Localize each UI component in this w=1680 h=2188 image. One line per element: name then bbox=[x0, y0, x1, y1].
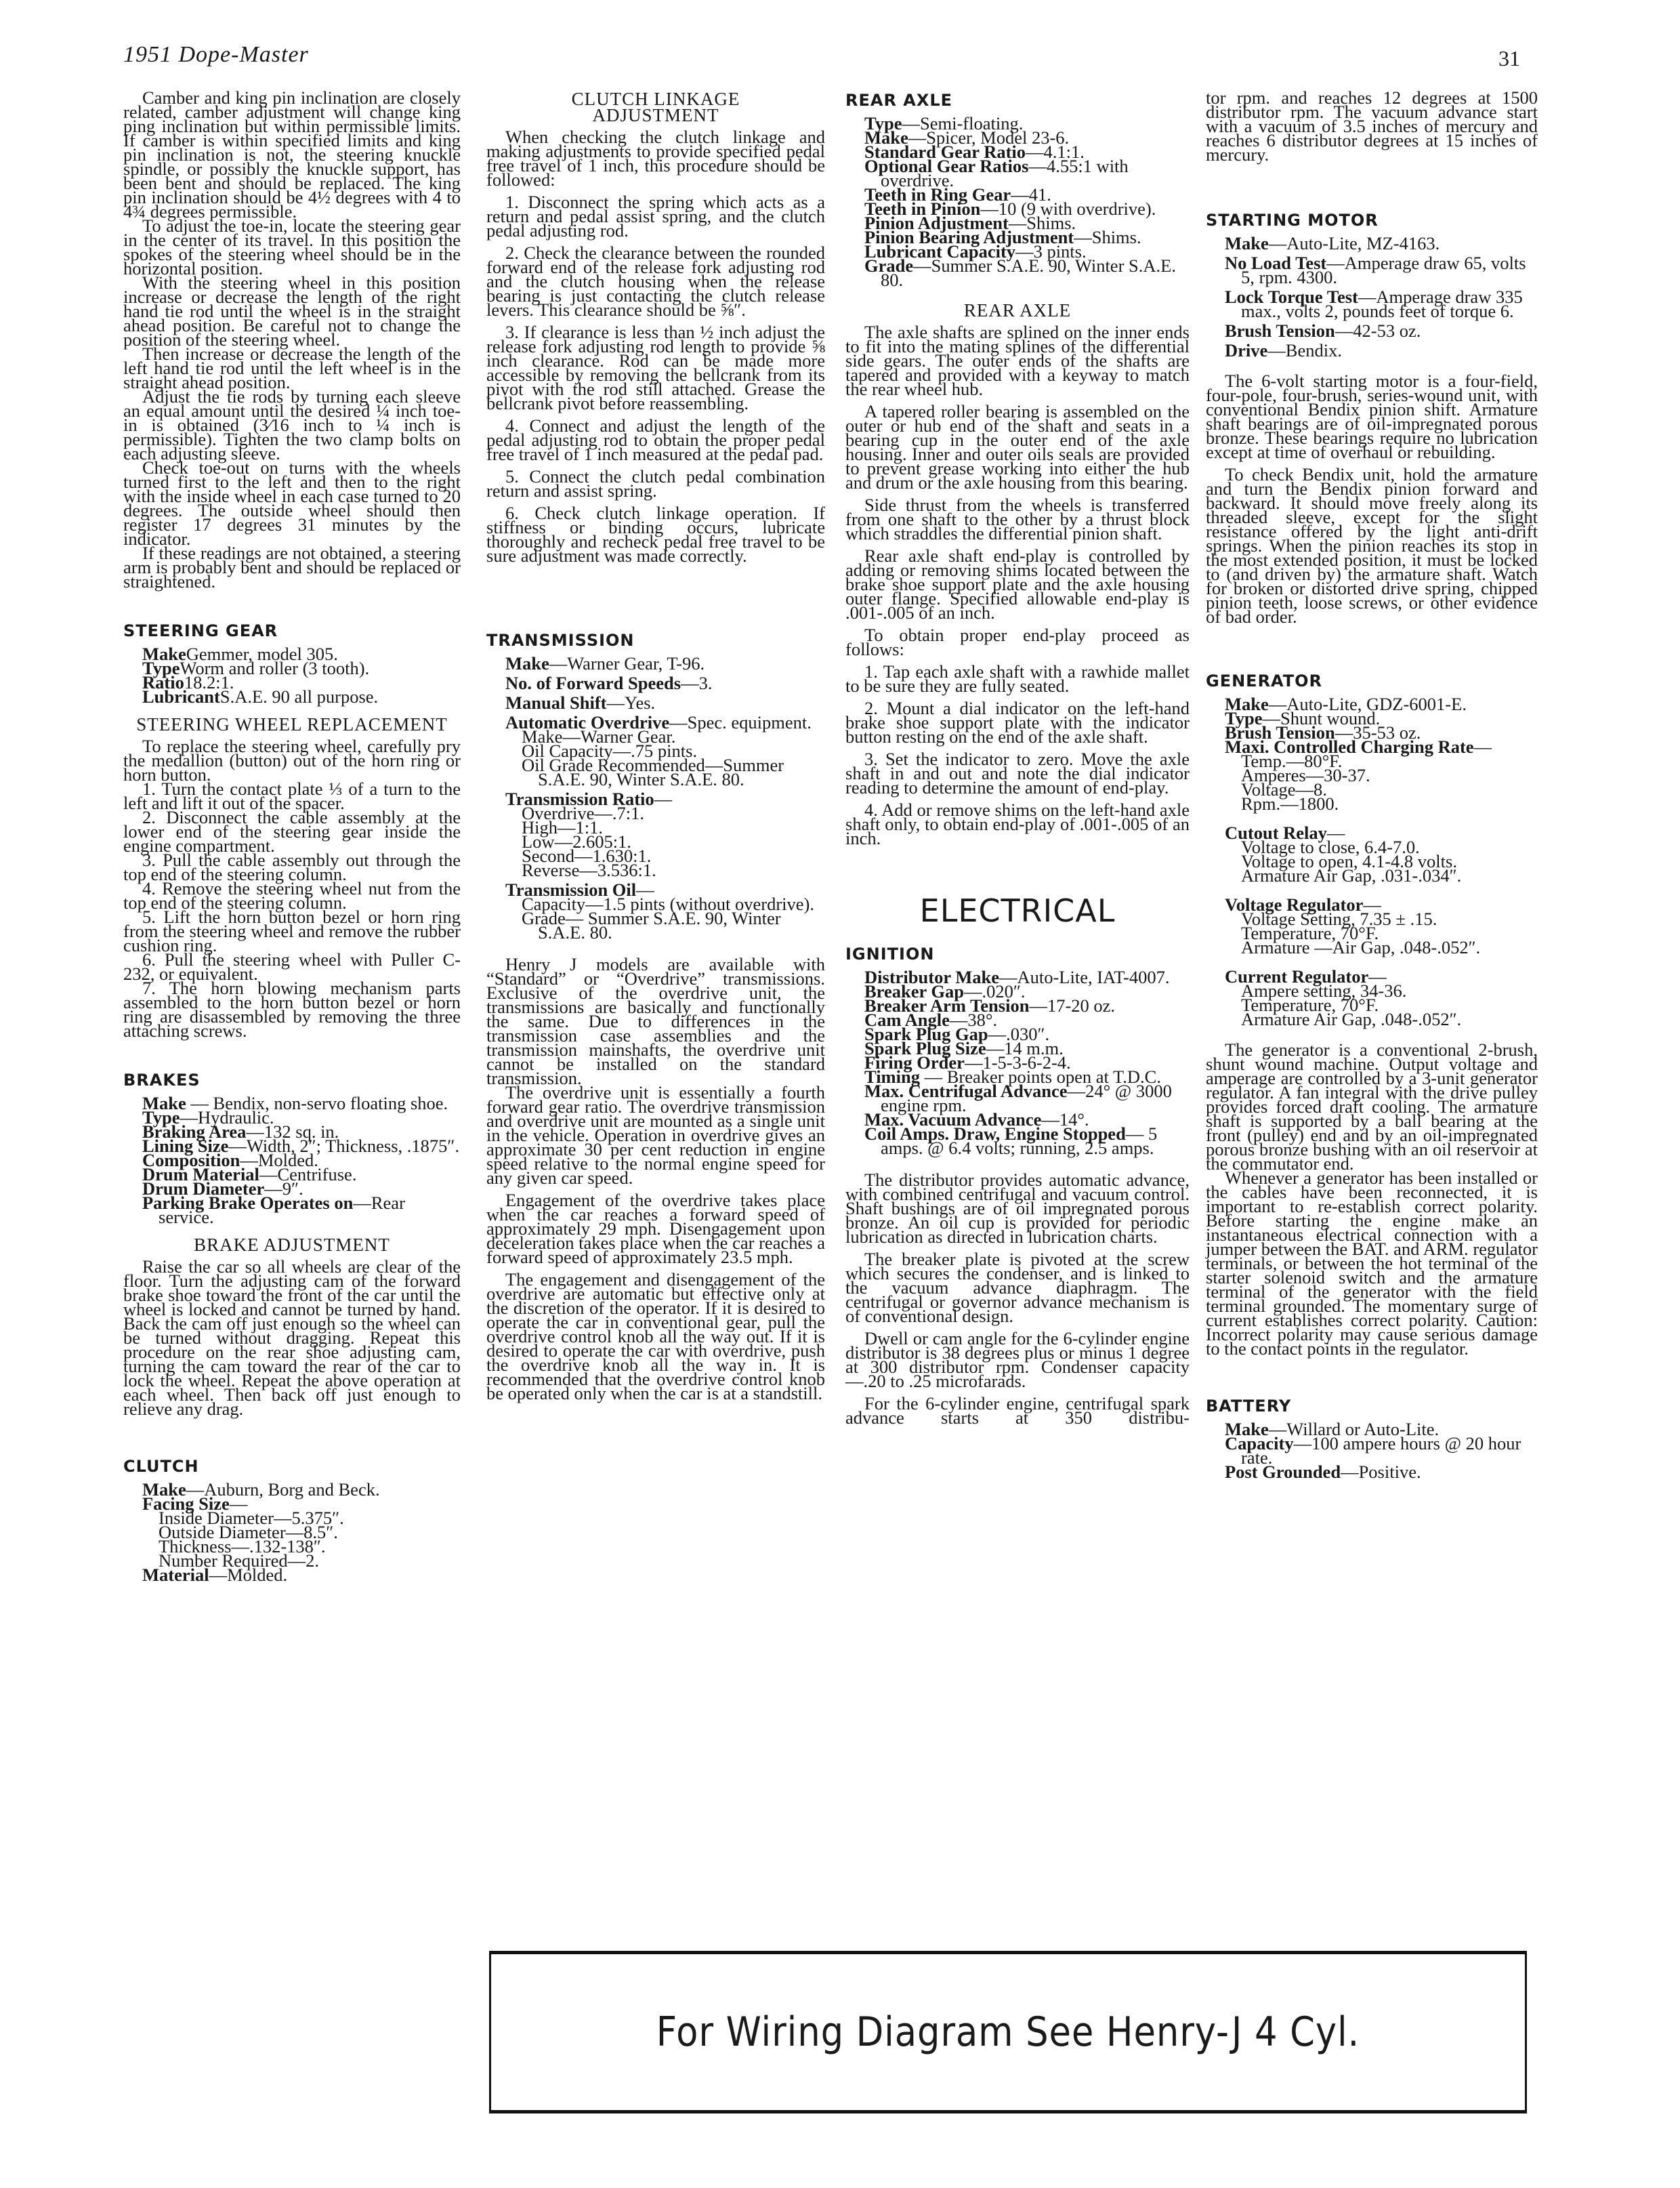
section-heading-ignition: IGNITION bbox=[845, 945, 1190, 964]
paragraph: The generator is a conventional 2-brush,… bbox=[1206, 1043, 1538, 1171]
column-2: CLUTCH LINKAGE ADJUSTMENT When checking … bbox=[486, 91, 825, 1401]
subheading-rear-axle: REAR AXLE bbox=[845, 302, 1190, 318]
spec-value: —Positive. bbox=[1341, 1462, 1421, 1482]
step-3: 3. Pull the cable assembly out through t… bbox=[123, 853, 461, 882]
paragraph: For the 6-cylinder engine, centrifugal s… bbox=[845, 1397, 1190, 1425]
step-1: 1. Turn the contact plate ⅓ of a turn to… bbox=[123, 782, 461, 810]
spec-key: Manual Shift bbox=[505, 693, 606, 713]
running-header-title: 1951 Dope-Master bbox=[123, 42, 309, 68]
brakes-specs: Make — Bendix, non-servo floating shoe.T… bbox=[123, 1096, 461, 1224]
step-4: 4. Connect and adjust the length of the … bbox=[486, 419, 825, 461]
step-1: 1. Disconnect the spring which acts as a… bbox=[486, 195, 825, 238]
section-heading-transmission: TRANSMISSION bbox=[486, 631, 825, 650]
transmission-specs: Make—Warner Gear, T-96.No. of Forward Sp… bbox=[486, 657, 825, 940]
spec-value: Oil Grade Recommended—Summer S.A.E. 90, … bbox=[522, 755, 784, 789]
spec-line: Post Grounded—Positive. bbox=[1206, 1465, 1538, 1479]
paragraph: To check Bendix unit, hold the armature … bbox=[1206, 468, 1538, 624]
paragraph: Side thrust from the wheels is transferr… bbox=[845, 498, 1190, 541]
spec-value: —Auto-Lite, MZ-4163. bbox=[1269, 233, 1440, 253]
ignition-specs: Distributor Make—Auto-Lite, IAT-4007.Bre… bbox=[845, 970, 1190, 1155]
spec-key: Post Grounded bbox=[1225, 1462, 1341, 1482]
spec-line: Make—Auto-Lite, MZ-4163. bbox=[1206, 236, 1538, 251]
spec-key: Make bbox=[1225, 233, 1269, 253]
step-2: 2. Disconnect the cable assembly at the … bbox=[123, 810, 461, 853]
column-3: REAR AXLE Type—Semi-floating.Make—Spicer… bbox=[845, 91, 1190, 1425]
section-heading-generator: GENERATOR bbox=[1206, 672, 1538, 690]
paragraph: To adjust the toe-in, locate the steerin… bbox=[123, 219, 461, 276]
starting-motor-text: The 6-volt starting motor is a four-fiel… bbox=[1206, 374, 1538, 624]
spec-line: Brush Tension—42-53 oz. bbox=[1206, 324, 1538, 338]
spec-line: Make—Warner Gear, T-96. bbox=[486, 657, 825, 671]
paragraph: The distributor provides automatic advan… bbox=[845, 1173, 1190, 1244]
paragraph: The axle shafts are splined on the inner… bbox=[845, 325, 1190, 396]
paragraph: Henry J models are available with “Stand… bbox=[486, 957, 825, 1086]
spec-line: No. of Forward Speeds—3. bbox=[486, 676, 825, 690]
spec-key: Make bbox=[505, 653, 549, 674]
spec-line: Rpm.—1800. bbox=[1206, 797, 1538, 811]
steering-wheel-steps: To replace the steering wheel, carefully… bbox=[123, 739, 461, 1038]
paragraph: To replace the steering wheel, carefully… bbox=[123, 739, 461, 782]
spec-line: Optional Gear Ratios—4.55:1 with overdri… bbox=[845, 159, 1190, 188]
spec-line: Drive—Bendix. bbox=[1206, 344, 1538, 358]
clutch-linkage-steps: When checking the clutch linkage and mak… bbox=[486, 130, 825, 563]
paragraph: If these readings are not obtained, a st… bbox=[123, 546, 461, 589]
paragraph: A tapered roller bearing is assembled on… bbox=[845, 405, 1190, 490]
wiring-diagram-notice: For Wiring Diagram See Henry-J 4 Cyl. bbox=[656, 2008, 1360, 2056]
spec-key: Brush Tension bbox=[1225, 321, 1335, 341]
step-3: 3. Set the indicator to zero. Move the a… bbox=[845, 752, 1190, 795]
column-4: tor rpm. and reaches 12 degrees at 1500 … bbox=[1206, 91, 1538, 1479]
steering-gear-specs: MakeGemmer, model 305.TypeWorm and rolle… bbox=[123, 647, 461, 704]
major-section-heading-electrical: ELECTRICAL bbox=[845, 893, 1190, 928]
spec-value: —3. bbox=[681, 673, 712, 693]
spec-line: Grade—Summer S.A.E. 90, Winter S.A.E. 80… bbox=[845, 259, 1190, 287]
paragraph: Adjust the tie rods by turning each slee… bbox=[123, 390, 461, 461]
paragraph: Camber and king pin inclination are clos… bbox=[123, 91, 461, 219]
step-1: 1. Tap each axle shaft with a rawhide ma… bbox=[845, 665, 1190, 693]
spec-value: Reverse—3.536:1. bbox=[522, 860, 656, 880]
spec-key: Drive bbox=[1225, 340, 1267, 360]
paragraph: Engagement of the overdrive takes place … bbox=[486, 1193, 825, 1264]
spec-value: Armature —Air Gap, .048-.052″. bbox=[1241, 937, 1480, 957]
spec-key: No. of Forward Speeds bbox=[505, 673, 681, 693]
section-heading-brakes: BRAKES bbox=[123, 1071, 461, 1090]
step-4: 4. Add or remove shims on the left-hand … bbox=[845, 803, 1190, 846]
spec-line: Capacity—100 ampere hours @ 20 hour rate… bbox=[1206, 1437, 1538, 1465]
spec-line: No Load Test—Amperage draw 65, volts 5, … bbox=[1206, 256, 1538, 285]
brake-adjustment-paragraph: Raise the car so all wheels are clear of… bbox=[123, 1260, 461, 1416]
step-5: 5. Connect the clutch pedal combination … bbox=[486, 470, 825, 498]
ignition-text: The distributor provides automatic advan… bbox=[845, 1173, 1190, 1425]
spec-value: Grade— Summer S.A.E. 90, Winter S.A.E. 8… bbox=[522, 908, 781, 943]
paragraph: Rear axle shaft end-play is controlled b… bbox=[845, 549, 1190, 620]
step-7: 7. The horn blowing mechanism parts asse… bbox=[123, 981, 461, 1038]
subheading-clutch-linkage-adjustment: CLUTCH LINKAGE ADJUSTMENT bbox=[486, 91, 825, 123]
column-1: Camber and king pin inclination are clos… bbox=[123, 91, 461, 1582]
spec-value: Armature Air Gap, .031-.034″. bbox=[1241, 865, 1461, 886]
spec-value: —17-20 oz. bbox=[1029, 995, 1115, 1016]
step-3: 3. If clearance is less than ½ inch adju… bbox=[486, 325, 825, 411]
spec-value: — bbox=[1474, 737, 1492, 757]
front-end-alignment-text: Camber and king pin inclination are clos… bbox=[123, 91, 461, 589]
spec-value: —Spec. equipment. bbox=[669, 712, 812, 732]
spec-key: Lubricant bbox=[142, 686, 220, 707]
spec-value: Rpm.—1800. bbox=[1241, 793, 1339, 814]
generator-text: The generator is a conventional 2-brush,… bbox=[1206, 1043, 1538, 1356]
spec-value: Armature Air Gap, .048-.052″. bbox=[1241, 1009, 1461, 1029]
spec-line: Armature —Air Gap, .048-.052″. bbox=[1206, 941, 1538, 955]
spec-key: Material bbox=[142, 1565, 209, 1585]
spec-line: Armature Air Gap, .048-.052″. bbox=[1206, 1012, 1538, 1027]
step-4: 4. Remove the steering wheel nut from th… bbox=[123, 882, 461, 910]
clutch-specs: Make—Auburn, Borg and Beck.Facing Size—I… bbox=[123, 1483, 461, 1582]
spec-value: —Warner Gear, T-96. bbox=[549, 653, 705, 674]
paragraph: To obtain proper end-play proceed as fol… bbox=[845, 628, 1190, 657]
spec-line: Manual Shift—Yes. bbox=[486, 696, 825, 710]
spec-line: Grade— Summer S.A.E. 90, Winter S.A.E. 8… bbox=[486, 911, 825, 940]
spec-value: —Bendix. bbox=[1267, 340, 1342, 360]
paragraph: Check toe-out on turns with the wheels t… bbox=[123, 461, 461, 546]
paragraph: Dwell or cam angle for the 6-cylinder en… bbox=[845, 1332, 1190, 1388]
step-2: 2. Mount a dial indicator on the left-ha… bbox=[845, 701, 1190, 744]
paragraph: The overdrive unit is essentially a four… bbox=[486, 1086, 825, 1185]
step-6: 6. Check clutch linkage operation. If st… bbox=[486, 506, 825, 563]
step-2: 2. Check the clearance between the round… bbox=[486, 246, 825, 317]
section-heading-clutch: CLUTCH bbox=[123, 1457, 461, 1476]
spec-line: Oil Grade Recommended—Summer S.A.E. 90, … bbox=[486, 758, 825, 787]
paragraph: The engagement and disengagement of the … bbox=[486, 1273, 825, 1401]
rear-axle-specs: Type—Semi-floating.Make—Spicer, Model 23… bbox=[845, 117, 1190, 287]
spec-value: —Molded. bbox=[209, 1565, 288, 1585]
spec-line: LubricantS.A.E. 90 all purpose. bbox=[123, 690, 461, 704]
spec-line: Reverse—3.536:1. bbox=[486, 863, 825, 878]
page-number: 31 bbox=[1498, 46, 1520, 71]
transmission-text: Henry J models are available with “Stand… bbox=[486, 957, 825, 1401]
section-heading-battery: BATTERY bbox=[1206, 1397, 1538, 1416]
spec-value: —42-53 oz. bbox=[1335, 321, 1421, 341]
subheading-brake-adjustment: BRAKE ADJUSTMENT bbox=[123, 1237, 461, 1253]
spec-line: Lock Torque Test—Amperage draw 335 max.,… bbox=[1206, 290, 1538, 318]
paragraph: Whenever a generator has been installed … bbox=[1206, 1171, 1538, 1356]
spec-value: —Yes. bbox=[606, 693, 655, 713]
step-6: 6. Pull the steering wheel with Puller C… bbox=[123, 953, 461, 981]
spec-value: S.A.E. 90 all purpose. bbox=[220, 686, 378, 707]
wiring-diagram-notice-box: For Wiring Diagram See Henry-J 4 Cyl. bbox=[489, 1951, 1527, 2113]
battery-specs: Make—Willard or Auto-Lite.Capacity—100 a… bbox=[1206, 1422, 1538, 1479]
continued-paragraph: tor rpm. and reaches 12 degrees at 1500 … bbox=[1206, 91, 1538, 162]
paragraph: Then increase or decrease the length of … bbox=[123, 347, 461, 390]
subheading-steering-wheel-replacement: STEERING WHEEL REPLACEMENT bbox=[123, 716, 461, 732]
spec-line: Max. Centrifugal Advance—24° @ 3000 engi… bbox=[845, 1084, 1190, 1113]
section-heading-starting-motor: STARTING MOTOR bbox=[1206, 211, 1538, 230]
section-heading-rear-axle: REAR AXLE bbox=[845, 91, 1190, 110]
spec-line: Parking Brake Operates on—Rear service. bbox=[123, 1196, 461, 1224]
paragraph: When checking the clutch linkage and mak… bbox=[486, 130, 825, 187]
starting-motor-specs: Make—Auto-Lite, MZ-4163.No Load Test—Amp… bbox=[1206, 236, 1538, 358]
section-heading-steering-gear: STEERING GEAR bbox=[123, 621, 461, 640]
spec-line: Coil Amps. Draw, Engine Stopped— 5 amps.… bbox=[845, 1127, 1190, 1155]
paragraph: The breaker plate is pivoted at the scre… bbox=[845, 1252, 1190, 1323]
generator-specs: Make—Auto-Lite, GDZ-6001-E.Type—Shunt wo… bbox=[1206, 697, 1538, 1027]
paragraph: The 6-volt starting motor is a four-fiel… bbox=[1206, 374, 1538, 459]
step-5: 5. Lift the horn button bezel or horn ri… bbox=[123, 910, 461, 953]
paragraph: With the steering wheel in this position… bbox=[123, 276, 461, 347]
spec-value: — bbox=[654, 789, 673, 809]
spec-value: —Summer S.A.E. 90, Winter S.A.E. 80. bbox=[881, 255, 1176, 290]
spec-line: Armature Air Gap, .031-.034″. bbox=[1206, 869, 1538, 883]
rear-axle-text: The axle shafts are splined on the inner… bbox=[845, 325, 1190, 846]
